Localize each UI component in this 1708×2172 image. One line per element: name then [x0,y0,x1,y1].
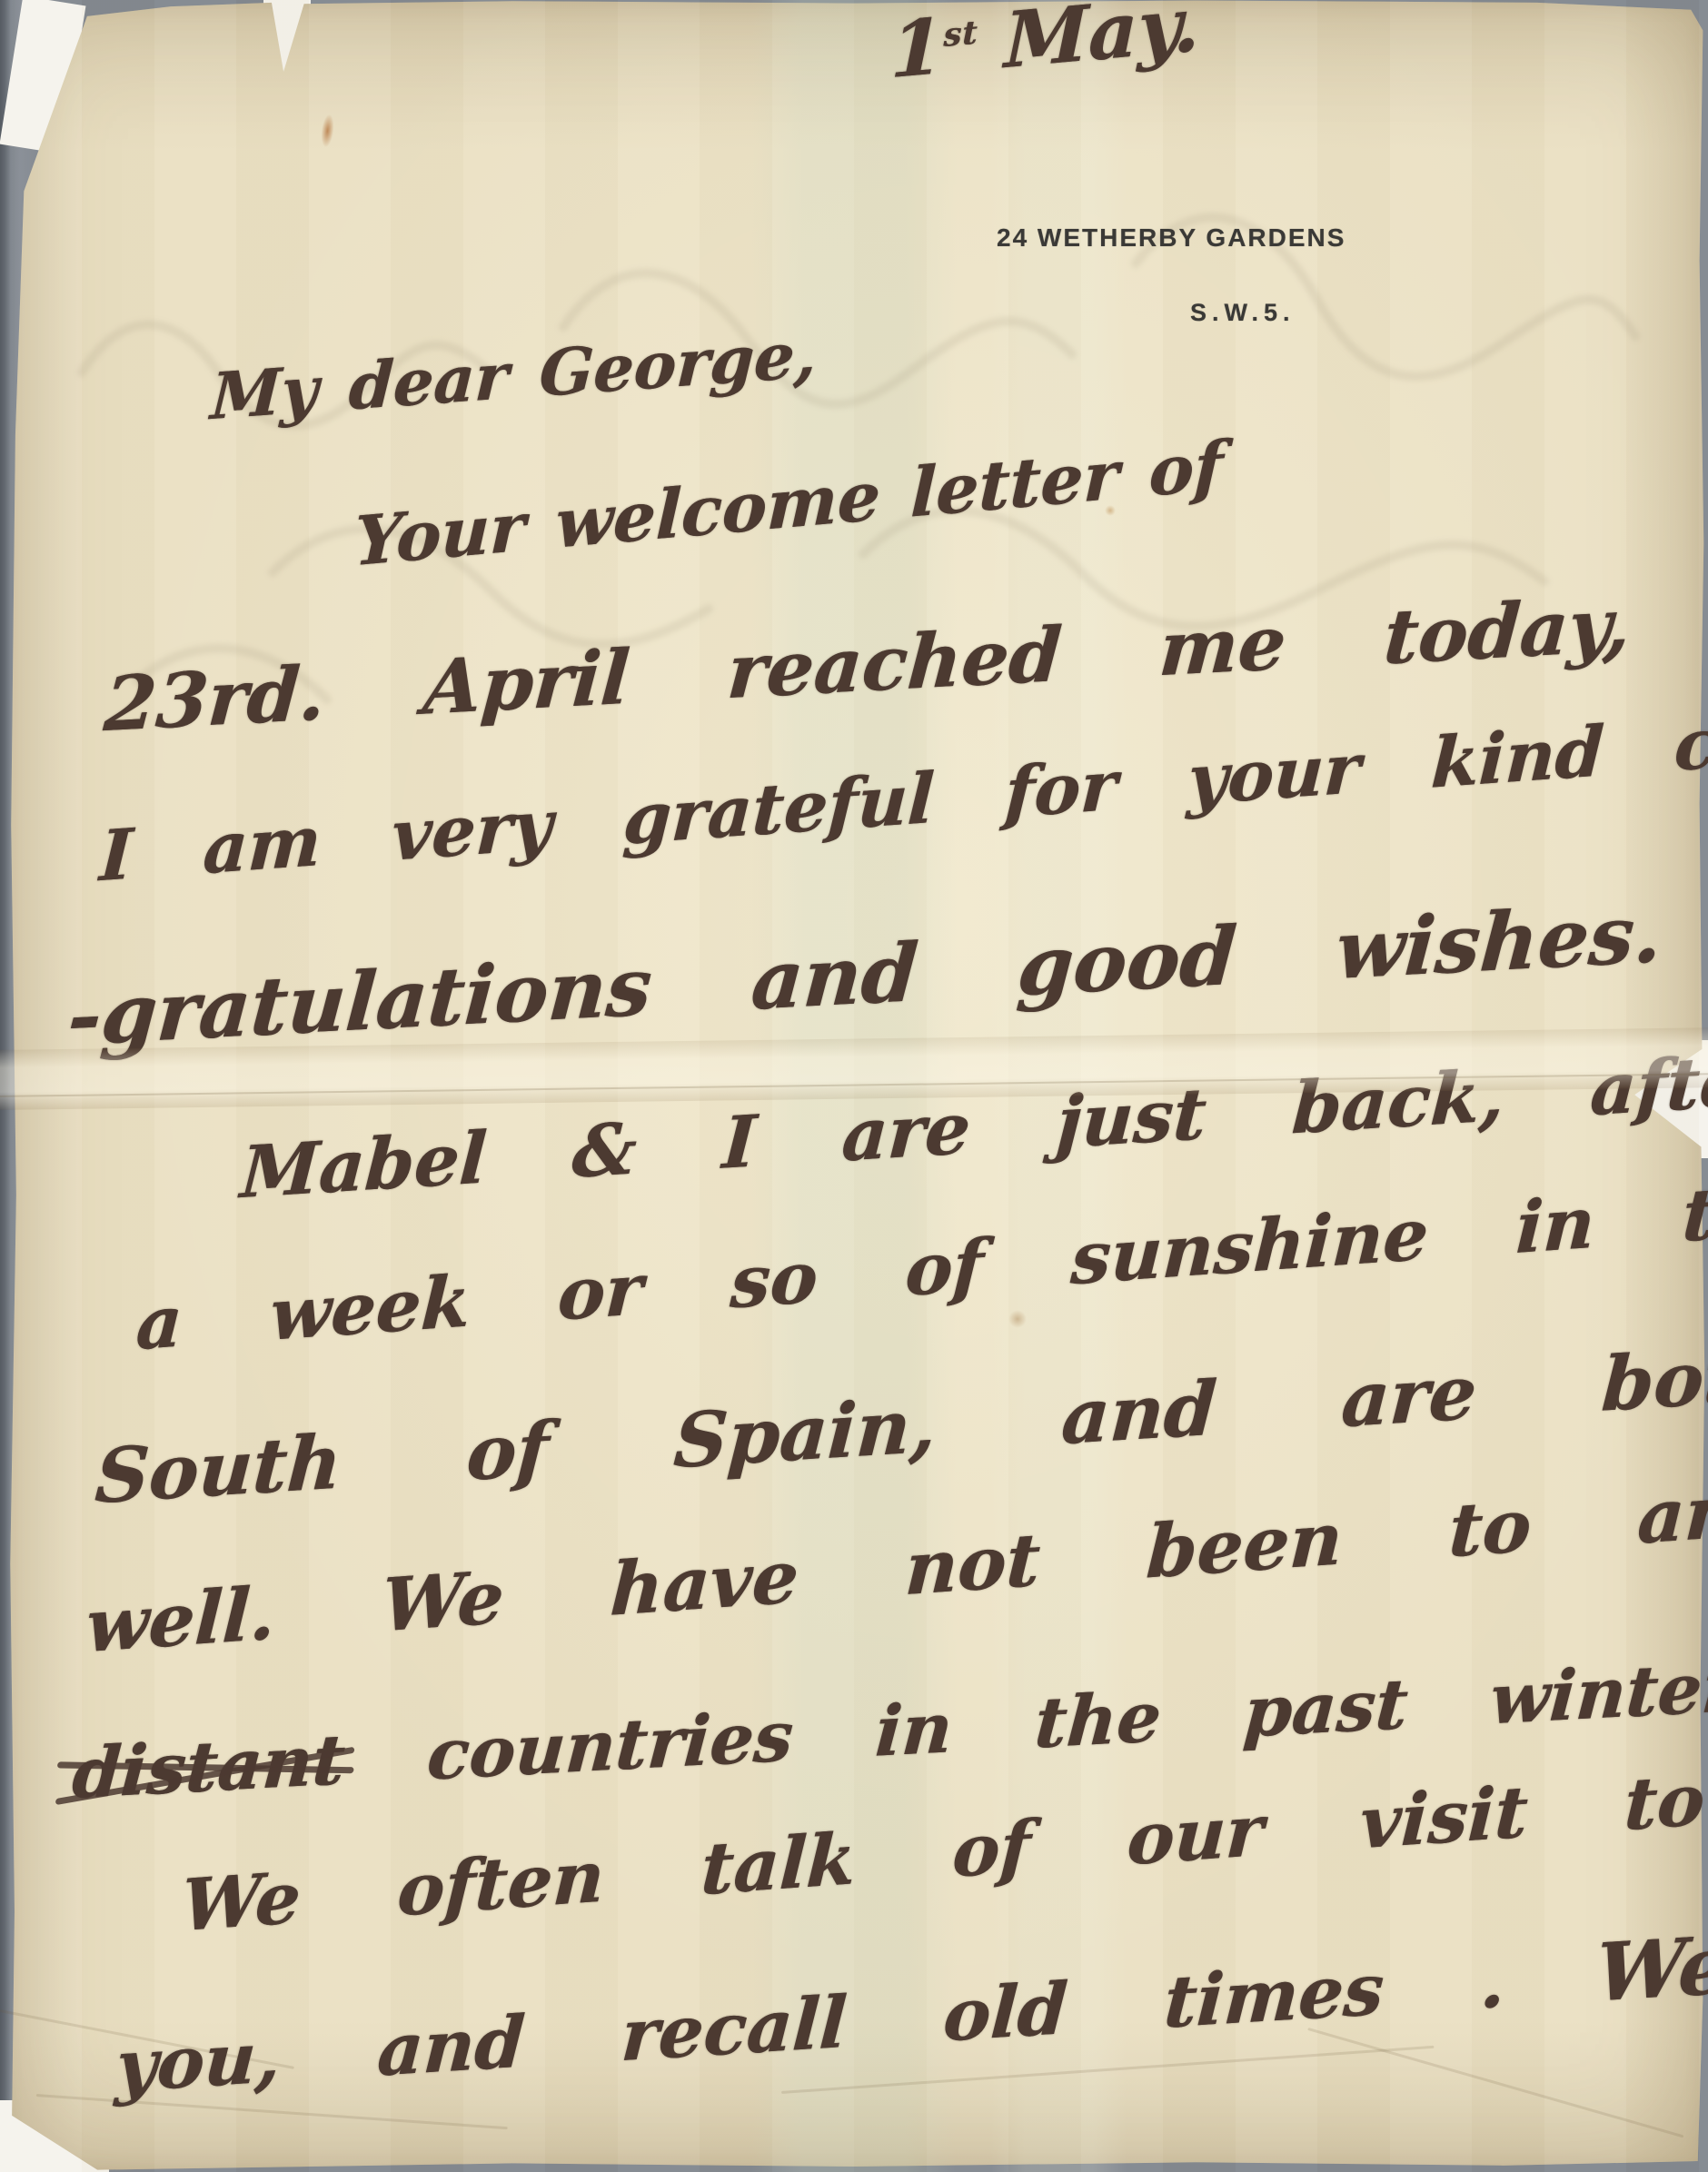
letterhead-postcode: S.W.5. [1190,299,1296,327]
line-11-tail-word: We [1594,1918,1708,2020]
struck-word: distant [70,1725,346,1809]
date-suffix: st [943,14,978,55]
scanned-letter: 1st May. 24 WETHERBY GARDENS S.W.5. My d… [0,0,1708,2172]
date-day: 1 [889,1,944,96]
letterhead-address: 24 WETHERBY GARDENS [997,223,1346,253]
faint-stain [1008,1310,1027,1328]
